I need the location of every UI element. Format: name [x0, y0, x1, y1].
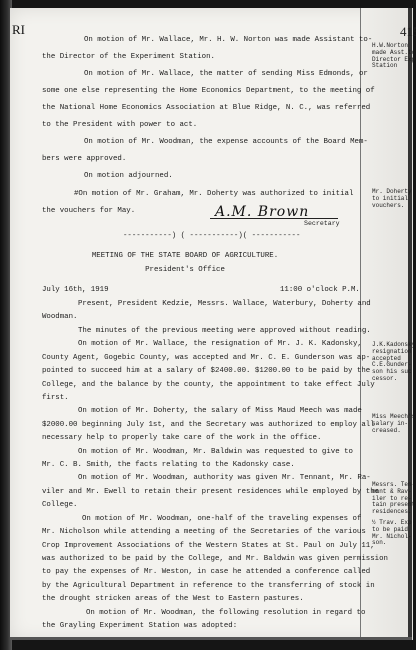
meeting-location: President's Office	[10, 266, 360, 274]
minutes-line: The minutes of the previous meeting were…	[78, 325, 371, 338]
minutes-line: the drought stricken areas of the West t…	[42, 593, 304, 606]
text-line: to the President with power to act.	[42, 119, 197, 132]
text-line: the vouchers for May.	[42, 205, 135, 218]
page-number: 415	[400, 24, 416, 40]
ledger-page: RI 415 On motion of Mr. Wallace, Mr. H. …	[10, 8, 412, 640]
minutes-line: to pay the expenses of Mr. Weston, in ca…	[42, 566, 370, 579]
margin-note-kadonsky: J.K.Kadonsky's resignation accepted C.E.…	[372, 342, 416, 383]
text-line: #On motion of Mr. Graham, Mr. Doherty wa…	[74, 188, 353, 201]
minutes-line: by the Agricultural Department in refere…	[42, 580, 375, 593]
minutes-line: necessary help to properly take care of …	[42, 432, 321, 445]
minutes-line: Mr. Nicholson while attending a meeting …	[42, 526, 366, 539]
text-line: On motion of Mr. Wallace, Mr. H. W. Nort…	[84, 34, 372, 47]
text-line: On motion of Mr. Woodman, the expense ac…	[84, 136, 368, 149]
scan-frame: RI 415 On motion of Mr. Wallace, Mr. H. …	[0, 0, 416, 650]
margin-note-meech-salary: Miss Meech's salary in- creased.	[372, 414, 415, 434]
minutes-line: Woodman.	[42, 311, 77, 324]
minutes-line: College.	[42, 499, 77, 512]
minutes-line: viler and Mr. Ewell to retain their pres…	[42, 486, 379, 499]
minutes-line: College, and the balance by the county, …	[42, 379, 375, 392]
minutes-line: On motion of Mr. Wallace, the resignatio…	[78, 338, 362, 351]
minutes-line: the Grayling Experiment Station was adop…	[42, 620, 237, 633]
minutes-line: On motion of Mr. Woodman, authority was …	[78, 472, 371, 485]
minutes-line: pointed to succeed him at a salary of $2…	[42, 365, 370, 378]
corner-mark: RI	[12, 22, 25, 38]
text-line: bers were approved.	[42, 153, 126, 166]
text-line: the Director of the Experiment Station.	[42, 51, 215, 64]
margin-note-nicholson-expenses: ½ Trav. Exp. to be paid Mr. Nichol- son.	[372, 520, 415, 547]
minutes-line: On motion of Mr. Woodman, the following …	[86, 607, 365, 620]
minutes-line: Mr. C. B. Smith, the facts relating to t…	[42, 459, 295, 472]
meeting-heading: MEETING OF THE STATE BOARD OF AGRICULTUR…	[10, 252, 360, 260]
minutes-line: Crop Improvement Associations of the Wes…	[42, 540, 375, 553]
meeting-time: 11:00 o'clock P.M.	[280, 284, 360, 297]
minutes-line: first.	[42, 392, 69, 405]
text-line: On motion of Mr. Wallace, the matter of …	[84, 68, 368, 81]
margin-note-doherty-vouchers: Mr. Doherty to initial vouchers.	[372, 189, 412, 209]
meeting-date: July 16th, 1919	[42, 284, 109, 297]
minutes-line: $2000.00 beginning July 1st, and the Sec…	[42, 419, 375, 432]
text-line: some one else representing the Home Econ…	[42, 85, 375, 98]
margin-note-residences: Messrs. Ten- nant & Rav- iler to re- tai…	[372, 482, 415, 516]
minutes-line: On motion of Mr. Woodman, one-half of th…	[82, 513, 361, 526]
minutes-line: Present, President Kedzie, Messrs. Walla…	[78, 298, 371, 311]
text-line: On motion adjourned.	[84, 170, 173, 183]
signature-line	[210, 218, 338, 219]
section-separator: -----------) ( -----------)( -----------	[123, 232, 300, 240]
margin-note-norton: H.W.Norton made Asst.to Director Exp. St…	[372, 43, 416, 70]
text-line: the National Home Economics Association …	[42, 102, 370, 115]
signature-title: Secretary	[304, 220, 340, 227]
minutes-line: On motion of Mr. Doherty, the salary of …	[78, 405, 362, 418]
minutes-line: On motion of Mr. Woodman, Mr. Baldwin wa…	[78, 446, 353, 459]
minutes-line: County Agent, Gogebic County, was accept…	[42, 352, 370, 365]
minutes-line: was authorized to be paid by the College…	[42, 553, 388, 566]
page-bottom-edge	[10, 637, 412, 640]
